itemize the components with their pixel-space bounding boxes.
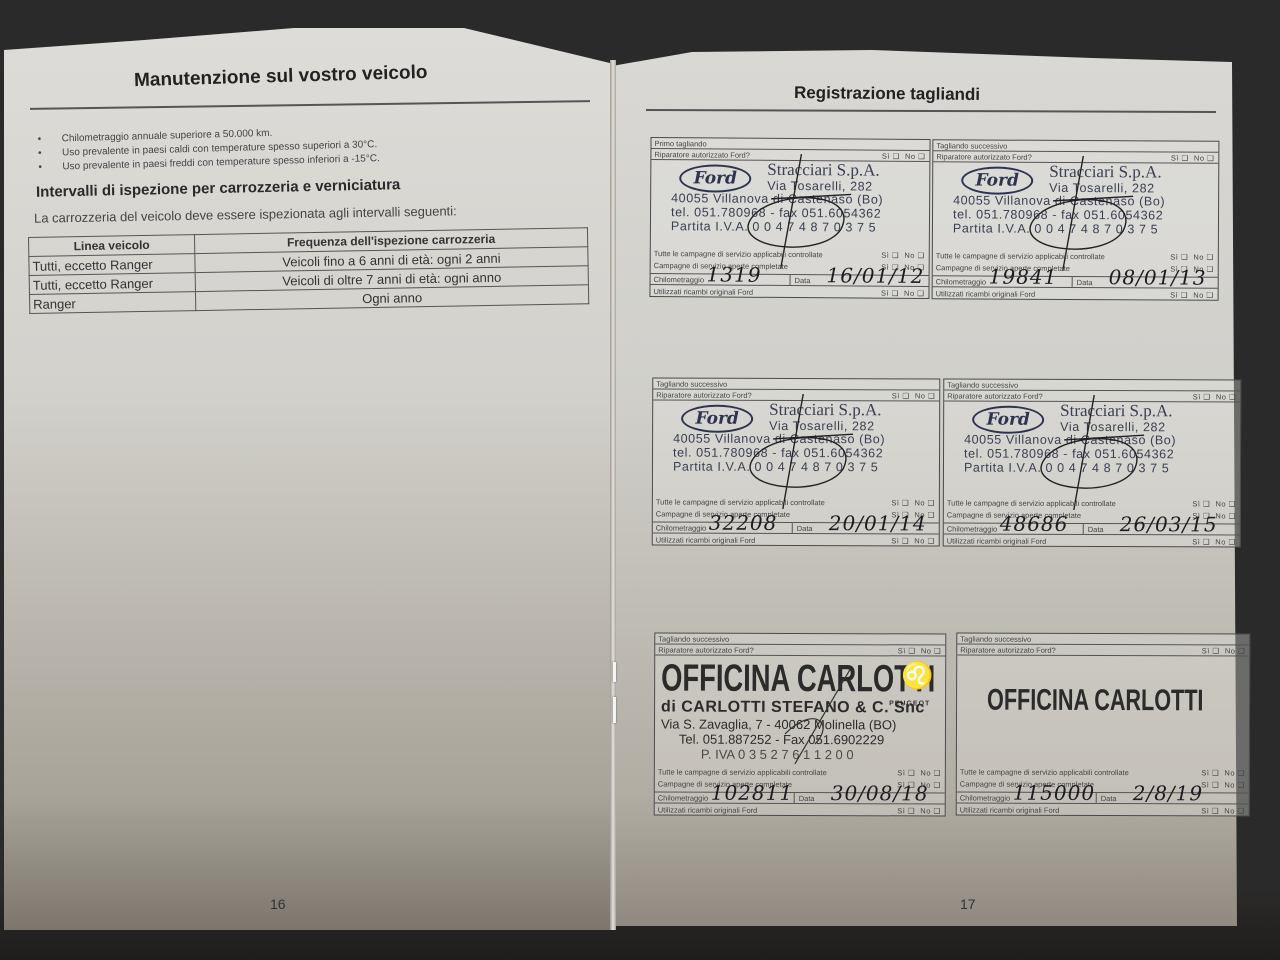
authorized-label: Riparatore autorizzato Ford? xyxy=(656,391,751,400)
dealer-vat: Partita I.V.A. 0 0 4 7 4 8 7 0 3 7 5 xyxy=(671,220,883,235)
authorized-label: Riparatore autorizzato Ford? xyxy=(947,391,1042,400)
yes-label: Sì ❑ xyxy=(891,498,909,507)
dealer-name: Stracciari S.p.A. xyxy=(1060,402,1176,421)
inspection-table: Linea veicolo Frequenza dell'ispezione c… xyxy=(28,227,589,314)
yes-no-checkbox[interactable]: Sì ❑ No ❑ xyxy=(892,390,936,401)
mileage-label: Chilometraggio xyxy=(656,524,706,533)
table-cell: Ranger xyxy=(30,292,196,314)
service-coupon: Tagliando successivoRiparatore autorizza… xyxy=(943,378,1242,547)
mileage-label: Chilometraggio xyxy=(936,277,986,286)
authorized-label: Riparatore autorizzato Ford? xyxy=(658,646,753,655)
yes-label: Sì ❑ xyxy=(1193,392,1211,401)
yes-no-checkbox[interactable]: Sì ❑ No ❑ xyxy=(897,805,941,817)
no-label: No ❑ xyxy=(1224,806,1244,815)
no-label: No ❑ xyxy=(914,498,934,507)
authorized-row: Riparatore autorizzato Ford?Sì ❑ No ❑ xyxy=(957,644,1249,656)
authorized-row: Riparatore autorizzato Ford?Sì ❑ No ❑ xyxy=(655,644,945,656)
dealer-stamp: Stracciari S.p.A. Via Tosarelli, 282 400… xyxy=(953,162,1165,237)
yes-label: Sì ❑ xyxy=(1171,153,1189,162)
peugeot-lion-icon: ♌ xyxy=(901,660,933,691)
no-label: No ❑ xyxy=(904,289,924,298)
no-label: No ❑ xyxy=(1224,768,1244,777)
dealer-name: Stracciari S.p.A. xyxy=(769,401,885,420)
original-parts-label: Utilizzati ricambi originali Ford xyxy=(653,287,753,297)
yes-label: Sì ❑ xyxy=(1192,537,1210,546)
campaigns-checked-label: Tutte le campagne di servizio applicabil… xyxy=(658,768,827,778)
no-label: No ❑ xyxy=(1194,154,1214,163)
mileage-value: 32208 xyxy=(709,511,778,535)
original-parts-label: Utilizzati ricambi originali Ford xyxy=(960,806,1060,815)
date-value: 16/01/12 xyxy=(827,263,925,288)
no-label: No ❑ xyxy=(915,391,935,400)
yes-label: Sì ❑ xyxy=(1202,646,1220,655)
no-label: No ❑ xyxy=(914,536,934,545)
mileage-label: Chilometraggio xyxy=(658,794,708,803)
no-label: No ❑ xyxy=(920,768,940,777)
dealer-vat: Partita I.V.A. 0 0 4 7 4 8 7 0 3 7 5 xyxy=(964,461,1176,475)
mileage-label: Chilometraggio xyxy=(960,794,1010,803)
yes-no-checkbox[interactable]: Sì ❑ No ❑ xyxy=(891,535,935,547)
no-label: No ❑ xyxy=(1225,646,1245,655)
yes-no-checkbox[interactable]: Sì ❑ No ❑ xyxy=(891,497,935,509)
mileage-label: Chilometraggio xyxy=(654,275,705,284)
yes-no-checkbox[interactable]: Sì ❑ No ❑ xyxy=(1193,391,1237,402)
no-label: No ❑ xyxy=(905,152,925,161)
no-label: No ❑ xyxy=(920,806,940,815)
coupon-header-label: Tagliando successivo xyxy=(960,635,1031,644)
original-parts-label: Utilizzati ricambi originali Ford xyxy=(656,536,756,545)
campaigns-checked-label: Tutte le campagne di servizio applicabil… xyxy=(936,251,1105,261)
campaigns-checked-label: Tutte le campagne di servizio applicabil… xyxy=(656,498,825,508)
date-value: 26/03/15 xyxy=(1120,512,1218,536)
yes-label: Sì ❑ xyxy=(882,152,900,161)
yes-no-checkbox[interactable]: Sì ❑ No ❑ xyxy=(898,645,942,656)
date-label: Data xyxy=(799,794,815,803)
dealer-stamp: Stracciari S.p.A. Via Tosarelli, 282 400… xyxy=(671,160,884,235)
mileage-value: 1319 xyxy=(707,262,762,286)
workshop-name: OFFICINA CARLOTTI xyxy=(987,684,1203,719)
yes-no-checkbox[interactable]: Sì ❑ No ❑ xyxy=(882,151,926,162)
yes-no-checkbox[interactable]: Sì ❑ No ❑ xyxy=(1192,498,1236,510)
no-label: No ❑ xyxy=(1224,780,1244,789)
peugeot-brand: PEUGEOT xyxy=(889,700,930,707)
dealer-stamp: Stracciari S.p.A. Via Tosarelli, 282 400… xyxy=(673,401,885,475)
service-coupon: Primo tagliandoRiparatore autorizzato Fo… xyxy=(649,137,930,299)
page-number-right: 17 xyxy=(960,896,976,912)
yes-label: Sì ❑ xyxy=(881,289,899,298)
dealer-name: Stracciari S.p.A. xyxy=(767,161,883,180)
original-parts-row: Utilizzati ricambi originali FordSì ❑ No… xyxy=(653,535,939,548)
original-parts-row: Utilizzati ricambi originali FordSì ❑ No… xyxy=(957,804,1249,817)
yes-no-checkbox[interactable]: Sì ❑ No ❑ xyxy=(1170,289,1214,301)
dealer-name: Stracciari S.p.A. xyxy=(1049,163,1165,182)
campaigns-checked-row: Tutte le campagne di servizio applicabil… xyxy=(655,766,945,779)
coupon-header-label: Tagliando successivo xyxy=(936,141,1007,150)
workshop-name: OFFICINA CARLOTTI xyxy=(661,658,935,702)
yes-no-checkbox[interactable]: Sì ❑ No ❑ xyxy=(1201,779,1245,791)
yes-no-checkbox[interactable]: Sì ❑ No ❑ xyxy=(881,288,925,300)
right-page-title: Registrazione tagliandi xyxy=(794,83,980,105)
no-label: No ❑ xyxy=(1216,392,1236,401)
mileage-value: 102811 xyxy=(711,781,793,805)
service-coupon: Tagliando successivoRiparatore autorizza… xyxy=(652,377,941,546)
campaigns-checked-row: Tutte le campagne di servizio applicabil… xyxy=(653,497,939,510)
campaigns-checked-label: Tutte le campagne di servizio applicabil… xyxy=(960,768,1129,778)
campaigns-completed-row: Campagne di servizio aperte completateSì… xyxy=(957,778,1249,791)
no-label: No ❑ xyxy=(1215,537,1235,546)
yes-label: Sì ❑ xyxy=(897,768,915,777)
date-label: Data xyxy=(795,276,811,285)
no-label: No ❑ xyxy=(1193,253,1213,262)
date-label: Data xyxy=(1101,794,1117,803)
mileage-value: 19841 xyxy=(989,265,1058,289)
coupon-header-label: Tagliando successivo xyxy=(658,635,729,644)
mileage-value: 48686 xyxy=(1000,512,1069,536)
yes-no-checkbox[interactable]: Sì ❑ No ❑ xyxy=(881,250,925,262)
original-parts-label: Utilizzati ricambi originali Ford xyxy=(658,806,758,815)
date-value: 20/01/14 xyxy=(829,511,927,535)
workshop-stamp: OFFICINA CARLOTTI di CARLOTTI STEFANO & … xyxy=(987,684,1280,720)
original-parts-row: Utilizzati ricambi originali FordSì ❑ No… xyxy=(655,804,945,817)
campaigns-checked-row: Tutte le campagne di servizio applicabil… xyxy=(957,766,1249,779)
service-coupon: Tagliando successivoRiparatore autorizza… xyxy=(956,632,1251,816)
staple-bottom xyxy=(613,697,616,723)
mileage-value: 115000 xyxy=(1013,781,1095,805)
date-value: 30/08/18 xyxy=(831,781,929,805)
date-value: 2/8/19 xyxy=(1133,781,1203,805)
yes-label: Sì ❑ xyxy=(897,806,915,815)
yes-no-checkbox[interactable]: Sì ❑ No ❑ xyxy=(1170,251,1214,263)
date-label: Data xyxy=(1088,525,1104,534)
yes-label: Sì ❑ xyxy=(1201,780,1219,789)
yes-label: Sì ❑ xyxy=(891,536,909,545)
dealer-vat: Partita I.V.A. 0 0 4 7 4 8 7 0 3 7 5 xyxy=(673,461,885,475)
authorized-label: Riparatore autorizzato Ford? xyxy=(654,150,750,160)
yes-no-checkbox[interactable]: Sì ❑ No ❑ xyxy=(1201,805,1245,817)
original-parts-row: Utilizzati ricambi originali FordSì ❑ No… xyxy=(933,288,1218,301)
no-label: No ❑ xyxy=(921,646,941,655)
authorized-label: Riparatore autorizzato Ford? xyxy=(936,152,1032,161)
yes-no-checkbox[interactable]: Sì ❑ No ❑ xyxy=(1171,152,1215,163)
yes-no-checkbox[interactable]: Sì ❑ No ❑ xyxy=(1201,767,1245,779)
date-label: Data xyxy=(797,524,813,533)
yes-label: Sì ❑ xyxy=(892,391,910,400)
staple-top xyxy=(613,662,616,682)
no-label: No ❑ xyxy=(904,251,924,260)
yes-label: Sì ❑ xyxy=(898,646,916,655)
yes-label: Sì ❑ xyxy=(1170,290,1188,299)
original-parts-row: Utilizzati ricambi originali FordSì ❑ No… xyxy=(944,535,1240,548)
book-spine xyxy=(610,60,616,930)
yes-label: Sì ❑ xyxy=(1201,806,1219,815)
yes-label: Sì ❑ xyxy=(1170,252,1188,261)
coupon-header-label: Tagliando successivo xyxy=(656,380,727,389)
yes-label: Sì ❑ xyxy=(881,251,899,260)
no-label: No ❑ xyxy=(1215,511,1235,520)
campaigns-checked-label: Tutte le campagne di servizio applicabil… xyxy=(654,249,823,259)
original-parts-label: Utilizzati ricambi originali Ford xyxy=(936,289,1036,299)
coupon-header-label: Tagliando successivo xyxy=(947,380,1018,389)
yes-label: Sì ❑ xyxy=(1201,768,1219,777)
no-label: No ❑ xyxy=(1215,499,1235,508)
original-parts-row: Utilizzati ricambi originali FordSì ❑ No… xyxy=(650,286,928,300)
campaigns-checked-label: Tutte le campagne di servizio applicabil… xyxy=(947,498,1116,508)
original-parts-label: Utilizzati ricambi originali Ford xyxy=(947,536,1047,545)
dealer-stamp: Stracciari S.p.A. Via Tosarelli, 282 400… xyxy=(964,402,1176,476)
mileage-label: Chilometraggio xyxy=(947,524,997,533)
no-label: No ❑ xyxy=(1193,291,1213,300)
page-number-left: 16 xyxy=(270,896,286,912)
yes-label: Sì ❑ xyxy=(1192,499,1210,508)
service-coupon: Tagliando successivoRiparatore autorizza… xyxy=(932,139,1220,301)
date-label: Data xyxy=(1077,278,1093,287)
campaigns-checked-row: Tutte le campagne di servizio applicabil… xyxy=(944,497,1240,510)
service-coupon: Tagliando successivoRiparatore autorizza… xyxy=(654,632,947,816)
authorized-label: Riparatore autorizzato Ford? xyxy=(960,646,1055,655)
coupon-header-label: Primo tagliando xyxy=(654,139,706,148)
date-value: 08/01/13 xyxy=(1109,265,1207,290)
yes-no-checkbox[interactable]: Sì ❑ No ❑ xyxy=(897,767,941,779)
yes-no-checkbox[interactable]: Sì ❑ No ❑ xyxy=(1202,645,1246,656)
dealer-vat: Partita I.V.A. 0 0 4 7 4 8 7 0 3 7 5 xyxy=(953,222,1165,237)
yes-no-checkbox[interactable]: Sì ❑ No ❑ xyxy=(1192,536,1236,548)
